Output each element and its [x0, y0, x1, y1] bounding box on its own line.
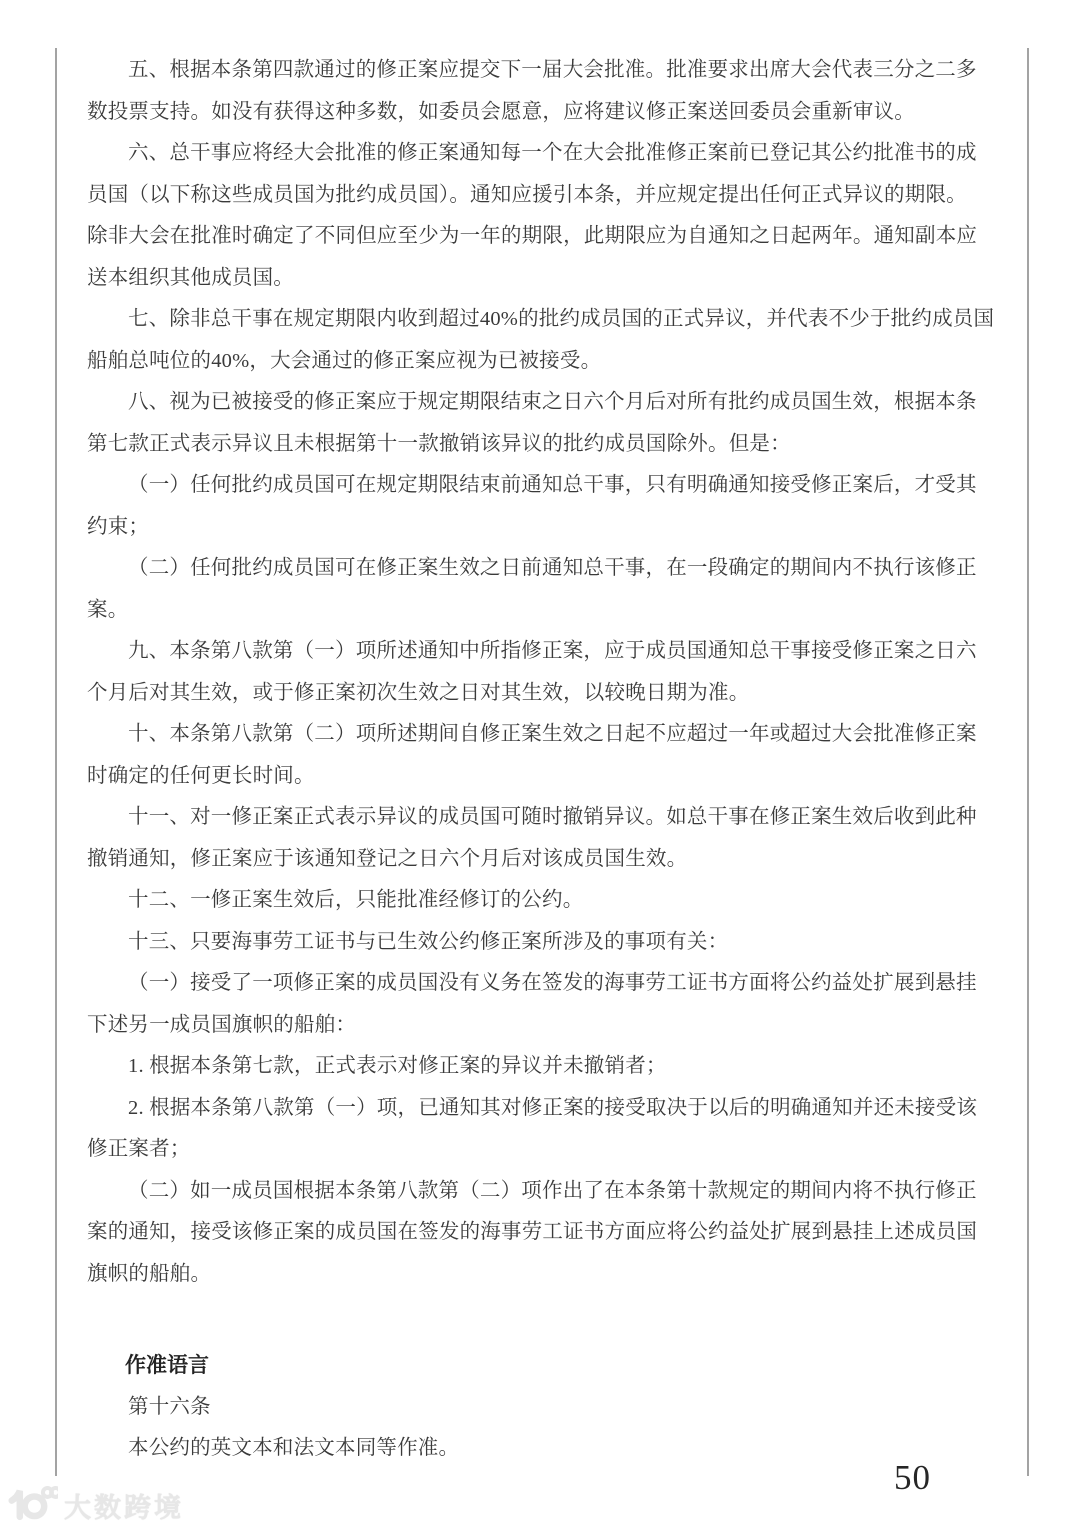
- text-line: （二）如一成员国根据本条第八款第（二）项作出了在本条第十款规定的期间内将不执行修…: [87, 1171, 1005, 1213]
- text-line: 五、根据本条第四款通过的修正案应提交下一届大会批准。批准要求出席大会代表三分之二…: [87, 50, 1005, 92]
- text-line: （二）任何批约成员国可在修正案生效之日前通知总干事，在一段确定的期间内不执行该修…: [87, 548, 1005, 590]
- text-line: 1. 根据本条第七款，正式表示对修正案的异议并未撤销者；: [87, 1046, 1005, 1088]
- text-line: 个月后对其生效，或于修正案初次生效之日对其生效，以较晚日期为准。: [87, 673, 1005, 715]
- text-line: 八、视为已被接受的修正案应于规定期限结束之日六个月后对所有批约成员国生效，根据本…: [87, 382, 1005, 424]
- text-line: 员国（以下称这些成员国为批约成员国）。通知应援引本条，并应规定提出任何正式异议的…: [87, 175, 1005, 217]
- text-line: 送本组织其他成员国。: [87, 258, 1005, 300]
- article-text: 本公约的英文本和法文本同等作准。: [87, 1428, 1005, 1470]
- document-content: 五、根据本条第四款通过的修正案应提交下一届大会批准。批准要求出席大会代表三分之二…: [87, 50, 1005, 1470]
- text-line: （一）接受了一项修正案的成员国没有义务在签发的海事劳工证书方面将公约益处扩展到悬…: [87, 963, 1005, 1005]
- text-line: 七、除非总干事在规定期限内收到超过40%的批约成员国的正式异议，并代表不少于批约…: [87, 299, 1005, 341]
- text-line: 十、本条第八款第（二）项所述期间自修正案生效之日起不应超过一年或超过大会批准修正…: [87, 714, 1005, 756]
- text-line: 案。: [87, 590, 1005, 632]
- document-body: 五、根据本条第四款通过的修正案应提交下一届大会批准。批准要求出席大会代表三分之二…: [87, 50, 1005, 1295]
- text-line: 2. 根据本条第八款第（一）项，已通知其对修正案的接受取决于以后的明确通知并还未…: [87, 1088, 1005, 1130]
- text-line: 船舶总吨位的40%，大会通过的修正案应视为已被接受。: [87, 341, 1005, 383]
- watermark: 大数跨境: [6, 1484, 184, 1527]
- document-page: 五、根据本条第四款通过的修正案应提交下一届大会批准。批准要求出席大会代表三分之二…: [0, 0, 1080, 1528]
- text-line: 除非大会在批准时确定了不同但应至少为一年的期限，此期限应为自通知之日起两年。通知…: [87, 216, 1005, 258]
- authentic-languages-section: 作准语言 第十六条 本公约的英文本和法文本同等作准。: [87, 1345, 1005, 1470]
- section-heading: 作准语言: [87, 1345, 1005, 1387]
- text-line: 第七款正式表示异议且未根据第十一款撤销该异议的批约成员国除外。但是：: [87, 424, 1005, 466]
- text-line: 九、本条第八款第（一）项所述通知中所指修正案，应于成员国通知总干事接受修正案之日…: [87, 631, 1005, 673]
- text-line: 六、总干事应将经大会批准的修正案通知每一个在大会批准修正案前已登记其公约批准书的…: [87, 133, 1005, 175]
- text-line: （一）任何批约成员国可在规定期限结束前通知总干事，只有明确通知接受修正案后，才受…: [87, 465, 1005, 507]
- text-line: 旗帜的船舶。: [87, 1254, 1005, 1296]
- text-line: 十一、对一修正案正式表示异议的成员国可随时撤销异议。如总干事在修正案生效后收到此…: [87, 797, 1005, 839]
- page-number: 50: [894, 1458, 931, 1498]
- text-line: 约束；: [87, 507, 1005, 549]
- text-line: 时确定的任何更长时间。: [87, 756, 1005, 798]
- text-line: 下述另一成员国旗帜的船舶：: [87, 1005, 1005, 1047]
- text-line: 修正案者；: [87, 1129, 1005, 1171]
- left-border-rule: [55, 48, 57, 1476]
- right-border-rule: [1027, 48, 1029, 1476]
- article-number: 第十六条: [87, 1387, 1005, 1429]
- text-line: 十三、只要海事劳工证书与已生效公约修正案所涉及的事项有关：: [87, 922, 1005, 964]
- text-line: 撤销通知，修正案应于该通知登记之日六个月后对该成员国生效。: [87, 839, 1005, 881]
- text-line: 案的通知，接受该修正案的成员国在签发的海事劳工证书方面应将公约益处扩展到悬挂上述…: [87, 1212, 1005, 1254]
- text-line: 数投票支持。如没有获得这种多数，如委员会愿意，应将建议修正案送回委员会重新审议。: [87, 92, 1005, 134]
- watermark-logo-icon: [6, 1484, 58, 1527]
- text-line: 十二、一修正案生效后，只能批准经修订的公约。: [87, 880, 1005, 922]
- watermark-text: 大数跨境: [64, 1486, 184, 1525]
